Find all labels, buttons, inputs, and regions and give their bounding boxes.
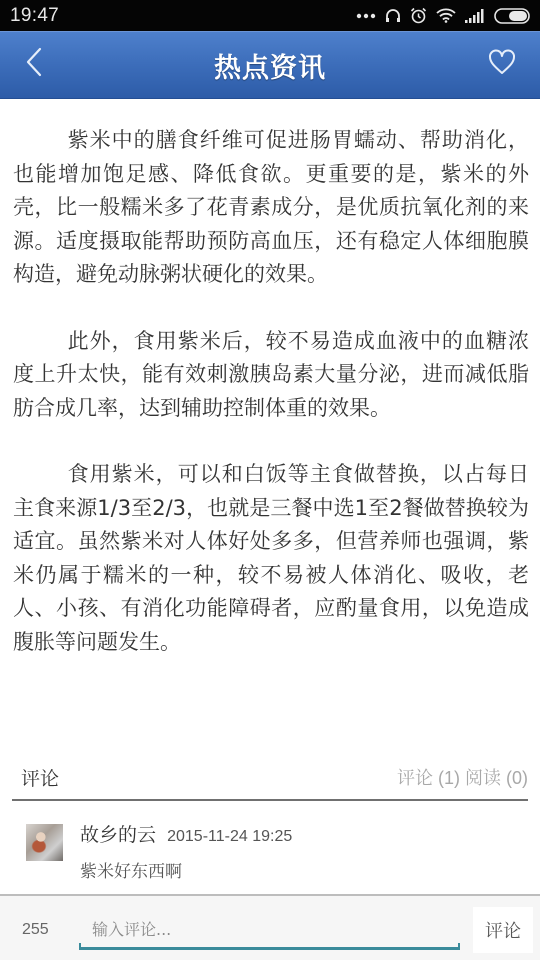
favorite-button[interactable] [482, 44, 522, 84]
comment-item: 故乡的云 2015-11-24 19:25 紫米好东西啊 [26, 818, 526, 884]
comment-meta: 故乡的云 2015-11-24 19:25 [80, 820, 292, 847]
comment-text: 紫米好东西啊 [80, 857, 182, 882]
wifi-icon [436, 8, 456, 23]
battery-icon [494, 8, 532, 24]
char-count: 255 [22, 921, 49, 939]
signal-icon [465, 9, 485, 23]
comment-author: 故乡的云 [80, 824, 156, 846]
comments-count-label: 评论 [397, 768, 433, 789]
comments-count: (1) [438, 768, 460, 788]
page-title: 热点资讯 [0, 32, 540, 98]
more-dots-icon [356, 13, 376, 19]
article-body: 紫米中的膳食纤维可促进肠胃蠕动、帮助消化，也能增加饱足感、降低食欲。更重要的是，… [13, 124, 529, 692]
status-time: 19:47 [10, 5, 59, 27]
article-paragraph: 此外，食用紫米后，较不易造成血液中的血糖浓度上升太快，能有效刺激胰岛素大量分泌，… [13, 325, 529, 426]
heart-outline-icon [488, 49, 516, 79]
status-icons [356, 7, 532, 24]
avatar[interactable] [26, 824, 63, 861]
comments-header: 评论 评论 (1) 阅读 (0) [12, 764, 528, 801]
reads-count: (0) [506, 768, 528, 788]
alarm-icon [410, 7, 427, 24]
article-paragraph: 食用紫米，可以和白饭等主食做替换，以占每日主食来源1/3至2/3，也就是三餐中选… [13, 458, 529, 659]
comment-input[interactable] [79, 912, 460, 947]
comment-timestamp: 2015-11-24 19:25 [167, 828, 292, 845]
comment-input-bar: 255 评论 [0, 894, 540, 960]
submit-comment-button[interactable]: 评论 [473, 907, 533, 953]
reads-count-label: 阅读 [465, 768, 501, 789]
article-paragraph: 紫米中的膳食纤维可促进肠胃蠕动、帮助消化，也能增加饱足感、降低食欲。更重要的是，… [13, 124, 529, 292]
headset-icon [385, 8, 401, 24]
status-bar: 19:47 [0, 0, 540, 31]
comment-input-wrapper [79, 912, 460, 950]
app-header: 热点资讯 [0, 31, 540, 99]
comments-stats: 评论 (1) 阅读 (0) [397, 764, 528, 790]
comments-title: 评论 [12, 764, 59, 791]
